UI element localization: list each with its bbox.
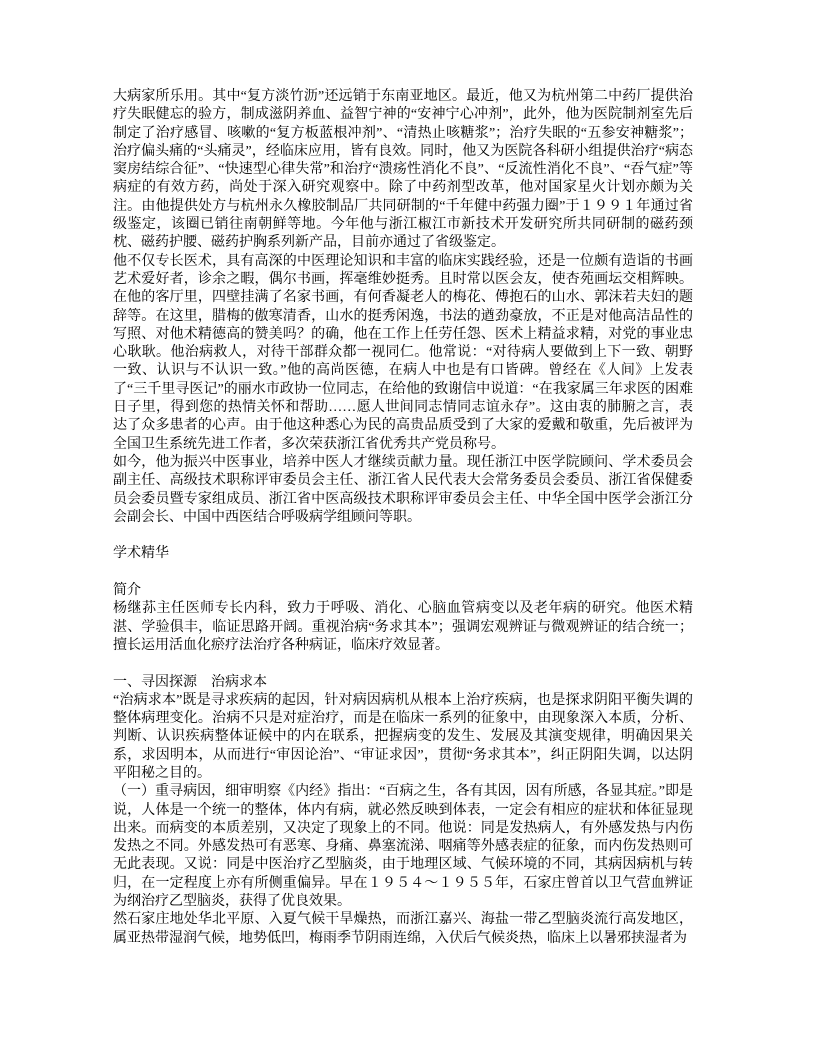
subsection-heading-introduction: 简介: [113, 582, 693, 600]
paragraph-art-and-ethics: 他不仅专长医术，具有高深的中医理论知识和丰富的临床实践经验，还是一位颇有造诣的书…: [113, 253, 693, 454]
paragraph-re-examining-cause: （一）重寻病因，细审明察《内经》指出：“百病之生，各有其因，因有所感，各显其症。…: [113, 783, 693, 911]
document-page: 大病家所乐用。其中“复方淡竹沥”还远销于东南亚地区。最近，他又为杭州第二中药厂提…: [0, 0, 816, 1056]
paragraph-current-positions: 如今，他为振兴中医事业，培养中医人才继续贡献力量。现任浙江中医学院顾问、学术委员…: [113, 454, 693, 527]
section-heading-academic-essence: 学术精华: [113, 545, 693, 563]
paragraph-regional-climate: 然石家庄地处华北平原、入夏气候干旱燥热，而浙江嘉兴、海盐一带乙型脑炎流行高发地区…: [113, 911, 693, 948]
paragraph-introduction: 杨继荪主任医师专长内科，致力于呼吸、消化、心脑血管病变以及老年病的研究。他医术精…: [113, 600, 693, 655]
paragraph-treating-root: “治病求本”既是寻求疾病的起因，针对病因病机从根本上治疗疾病，也是探求阴阳平衡失…: [113, 692, 693, 783]
paragraph-remedies-continued: 大病家所乐用。其中“复方淡竹沥”还远销于东南亚地区。最近，他又为杭州第二中药厂提…: [113, 88, 693, 253]
topic-heading-seeking-root-cause: 一、寻因探源 治病求本: [113, 674, 693, 692]
